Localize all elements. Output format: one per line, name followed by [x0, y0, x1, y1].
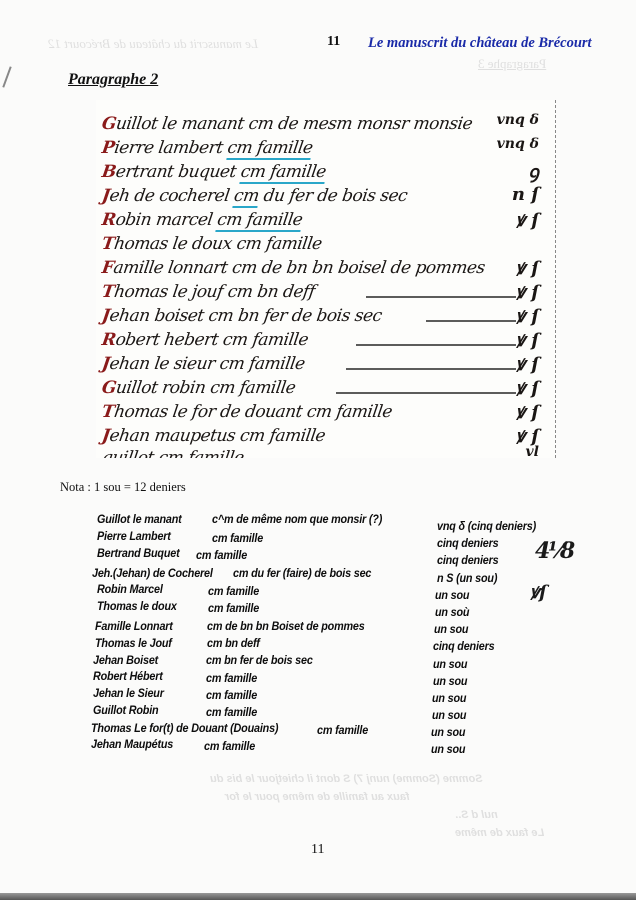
manuscript-line-filler — [366, 296, 516, 298]
tax-amount: n S (un sou) — [437, 571, 497, 585]
manuscript-line: Bertrant buquet cm famille — [101, 162, 328, 182]
bleed-through-line: Le faux de même — [455, 827, 544, 839]
tax-amount: un sou — [435, 588, 469, 602]
person-name: Famille Lonnart — [95, 619, 173, 633]
bleed-through-line: nul d S.. — [455, 809, 498, 821]
person-description: cm famille — [196, 548, 247, 562]
person-name: Guillot le manant — [97, 512, 182, 526]
manuscript-margin-mark: ꝯ — [528, 160, 539, 184]
person-name: Robin Marcel — [97, 582, 163, 596]
person-name: Thomas Le for(t) de Douant (Douains) — [91, 721, 278, 735]
person-description: cm famille — [206, 671, 257, 685]
person-name: Pierre Lambert — [97, 529, 171, 543]
person-description: c^m de même nom que monsir (?) — [212, 512, 382, 526]
page-number-bottom: 11 — [311, 842, 324, 858]
manuscript-margin-mark: ꝟ ſ — [516, 256, 539, 280]
person-name: Jehan Maupétus — [91, 737, 173, 751]
manuscript-line-filler — [346, 368, 516, 370]
person-description: cm famille — [204, 739, 255, 753]
section-heading: Paragraphe 2 — [68, 71, 158, 89]
manuscript-line: Guillot le manant cm de mesm monsr monsi… — [101, 114, 474, 134]
person-name: Jeh.(Jehan) de Cocherel — [92, 566, 213, 580]
person-description: cm du fer (faire) de bois sec — [233, 566, 371, 580]
tax-amount: un sou — [432, 691, 466, 705]
manuscript-margin-mark: ꝟ ſ — [516, 280, 539, 304]
manuscript-line: Robert hebert cm famille — [101, 330, 310, 350]
person-description: cm famille — [208, 601, 259, 615]
handwritten-annotation: ꝟſ — [530, 580, 547, 604]
manuscript-margin-mark: ꝟ ſ — [516, 352, 539, 376]
manuscript-line-filler — [336, 392, 516, 394]
person-description: cm famille — [206, 705, 257, 719]
manuscript-line: Pierre lambert cm famille — [101, 138, 314, 158]
manuscript-margin-mark: vnq δ — [497, 112, 539, 128]
person-description: cm de bn bn Boiset de pommes — [207, 619, 365, 633]
manuscript-line: Thomas le doux cm famille — [101, 234, 323, 254]
tax-amount: un sou — [434, 622, 468, 636]
manuscript-margin-mark: ꝟ ſ — [516, 208, 539, 232]
tax-amount: cinq deniers — [437, 536, 498, 550]
tax-amount: cinq deniers — [433, 639, 494, 653]
manuscript-margin-mark: ꝟ ſ — [516, 400, 539, 424]
tax-amount: un sou — [433, 674, 467, 688]
person-name: Jehan le Sieur — [93, 686, 164, 700]
nota-conversion-note: Nota : 1 sou = 12 deniers — [60, 480, 186, 495]
tax-amount: un sou — [433, 657, 467, 671]
manuscript-margin-mark: vnq δ — [497, 136, 539, 152]
manuscript-line: Jehan maupetus cm famille — [101, 426, 327, 446]
manuscript-scan-image: Guillot le manant cm de mesm monsr monsi… — [96, 100, 556, 458]
manuscript-line: Jeh de cocherel cm du fer de bois sec — [101, 186, 409, 206]
running-title: Le manuscrit du château de Brécourt — [368, 35, 592, 52]
manuscript-line: Guillot robin cm famille — [101, 378, 297, 398]
manuscript-margin-mark: vl — [526, 444, 539, 458]
handwritten-annotation: 4⅟8 — [535, 538, 573, 564]
manuscript-line: Famille lonnart cm de bn bn boisel de po… — [101, 258, 487, 278]
person-description: cm bn deff — [207, 636, 260, 650]
manuscript-line: Thomas le for de douant cm famille — [101, 402, 394, 422]
manuscript-margin-mark: n ſ — [512, 184, 539, 205]
tax-amount: un sou — [432, 708, 466, 722]
bleed-through-line: Somme (Somme) nunj 7) S dont il chietjou… — [210, 773, 483, 785]
tax-amount: un sou — [431, 742, 465, 756]
manuscript-line-filler — [356, 344, 516, 346]
manuscript-margin-mark: ꝟ ſ — [516, 376, 539, 400]
tax-amount: un sou — [431, 725, 465, 739]
manuscript-line: Thomas le jouf cm bn deff — [101, 282, 316, 302]
bleed-through-line: faux au famille de même pour le for — [225, 791, 410, 803]
person-name: Robert Hébert — [93, 669, 163, 683]
person-description: cm famille — [317, 723, 368, 737]
tax-amount: vnq δ (cinq deniers) — [437, 519, 536, 533]
manuscript-line: Jehan le sieur cm famille — [101, 354, 306, 374]
manuscript-margin-mark: ꝟ ſ — [516, 328, 539, 352]
manuscript-line: Robin marcel cm famille — [101, 210, 304, 230]
page-number-top: 11 — [327, 34, 340, 50]
person-name: Thomas le Jouf — [95, 636, 172, 650]
manuscript-line: Jehan boiset cm bn fer de bois sec — [101, 306, 383, 326]
person-description: cm bn fer de bois sec — [206, 653, 313, 667]
tax-amount: un soù — [435, 605, 469, 619]
tax-amount: cinq deniers — [437, 553, 498, 567]
person-name: Thomas le doux — [97, 599, 177, 613]
margin-pen-mark — [2, 66, 11, 87]
person-name: Bertrand Buquet — [97, 546, 180, 560]
person-description: cm famille — [212, 531, 263, 545]
manuscript-margin-mark: ꝟ ſ — [516, 304, 539, 328]
person-description: cm famille — [206, 688, 257, 702]
bleed-through-header: Le manuscrit du château de Brécourt 12 — [48, 36, 258, 52]
person-description: cm famille — [208, 584, 259, 598]
bleed-through-heading: Paragraphe 3 — [478, 56, 546, 72]
manuscript-line-filler — [426, 320, 516, 322]
person-name: Jehan Boiset — [93, 653, 158, 667]
scan-edge — [0, 893, 636, 900]
person-name: Guillot Robin — [93, 703, 158, 717]
manuscript-line: guillot cm famille — [101, 448, 245, 458]
